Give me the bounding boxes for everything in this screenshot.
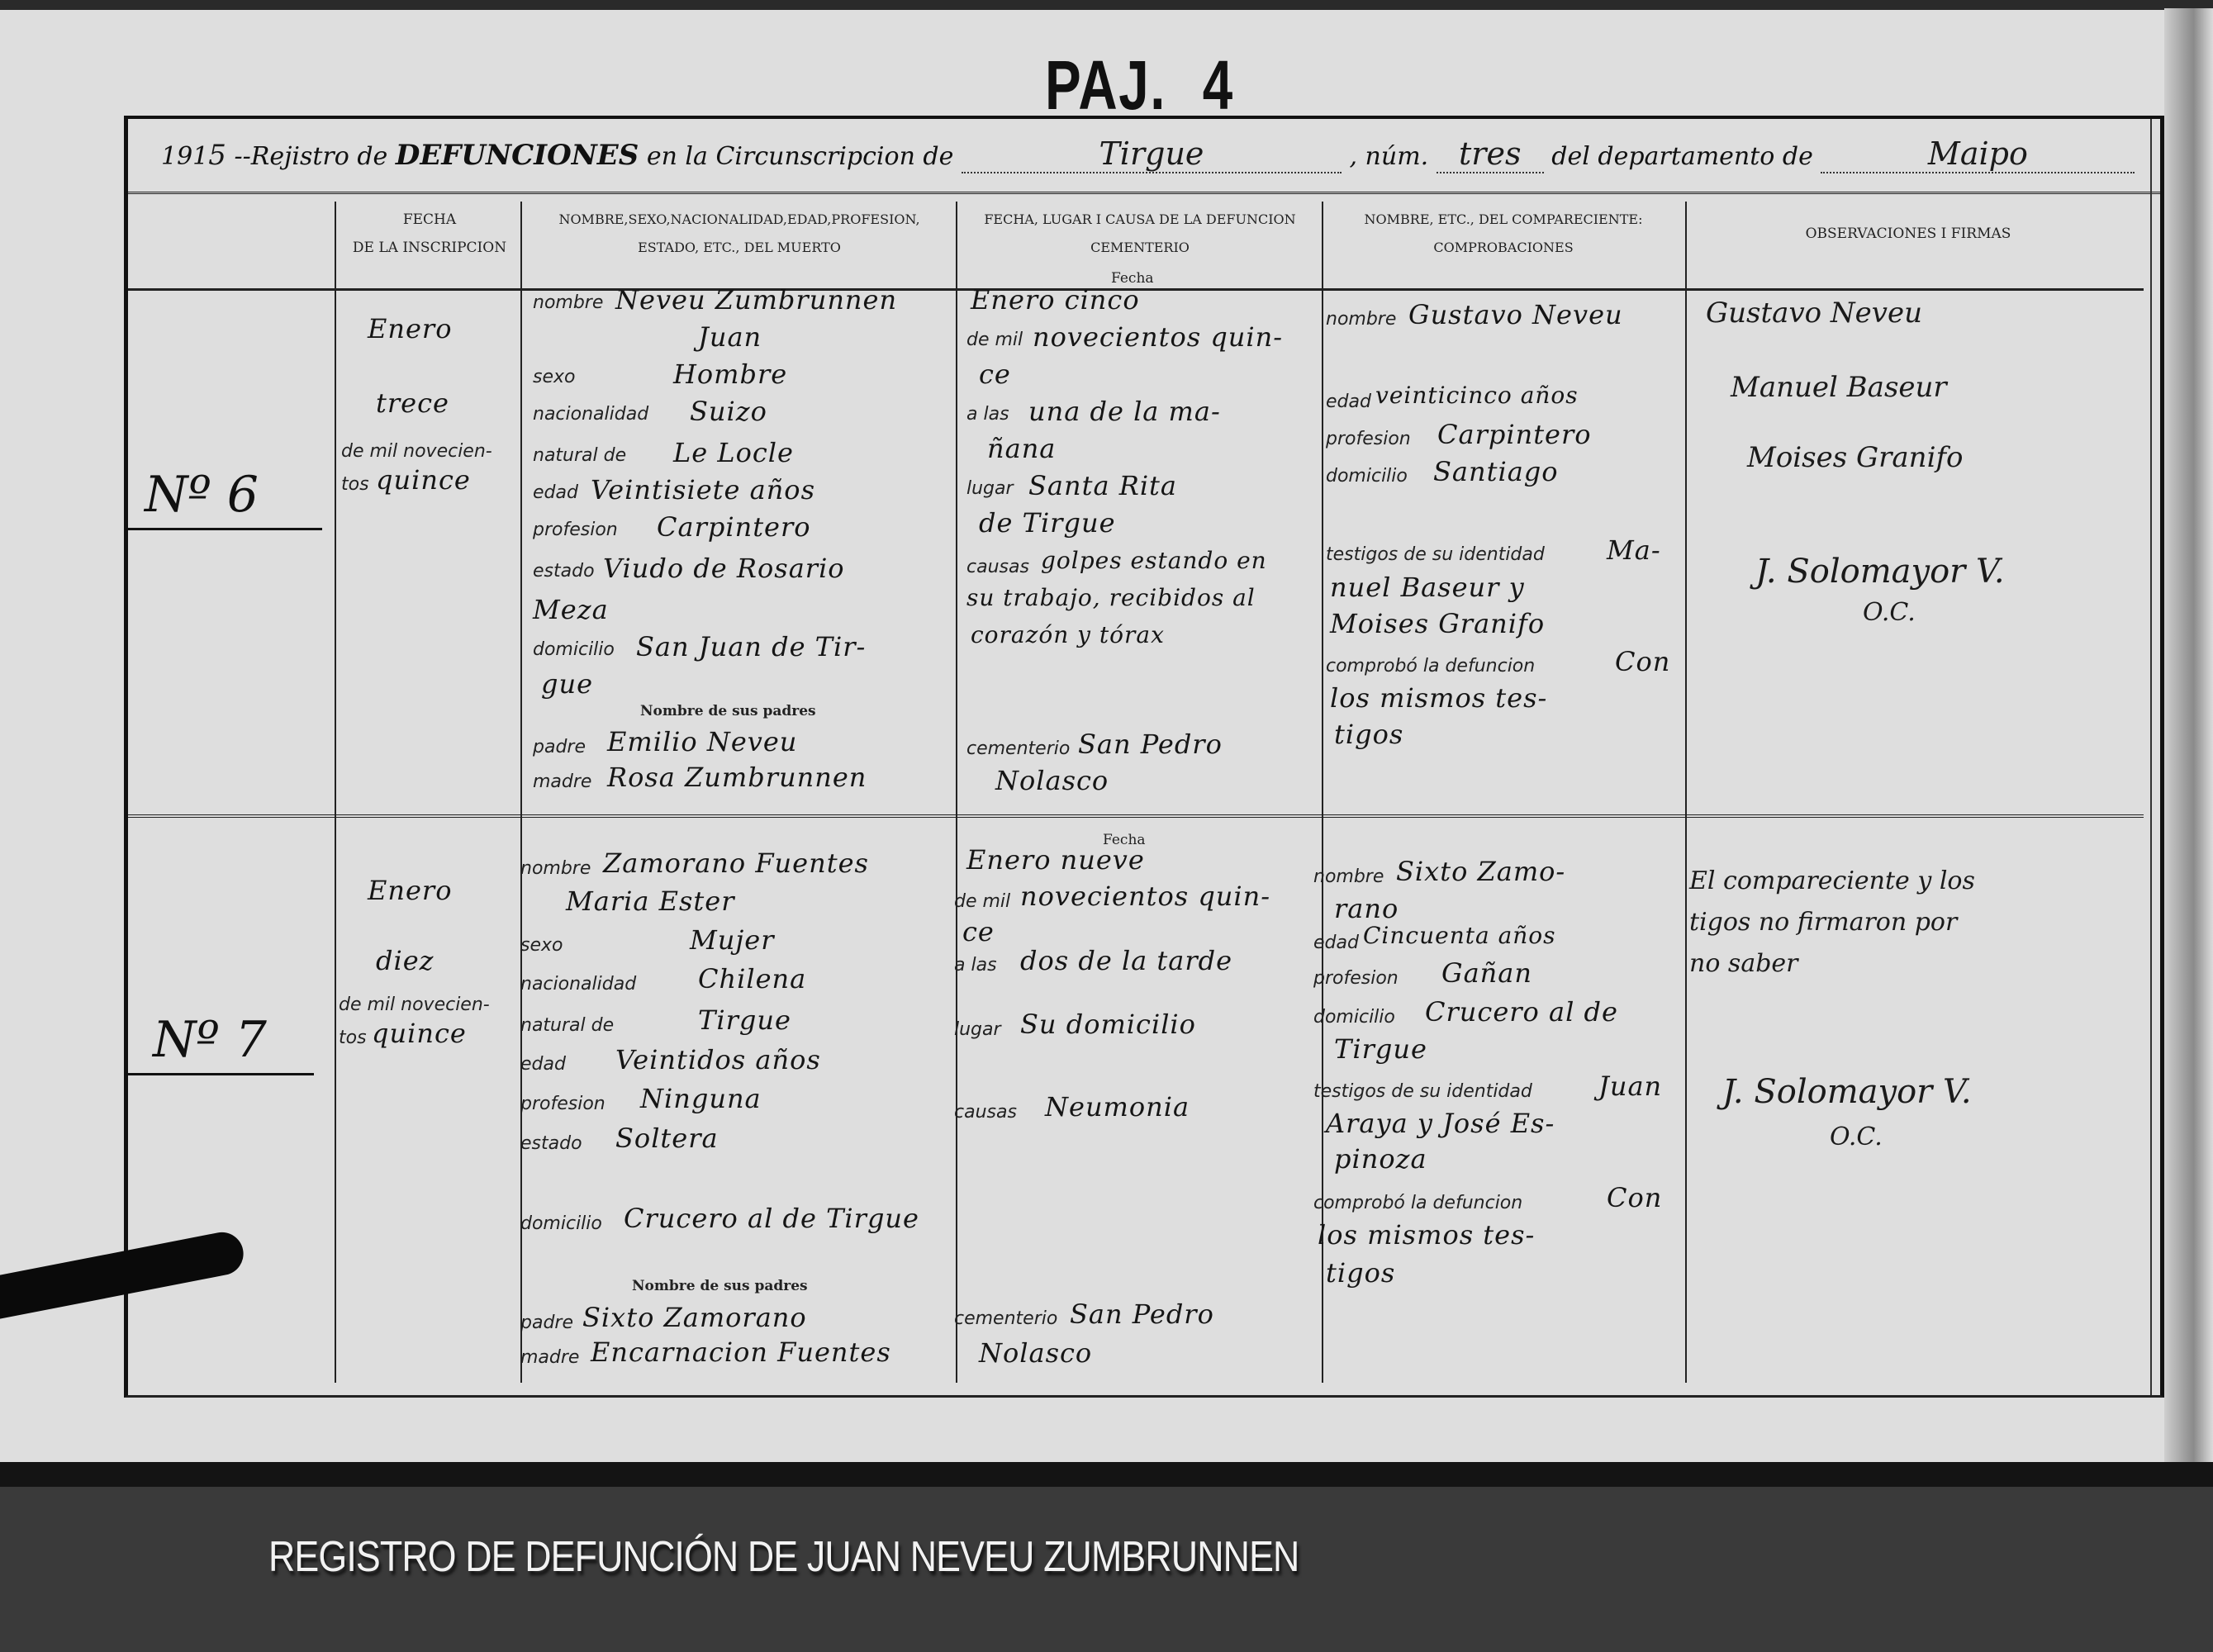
label-cementerio: cementerio (966, 738, 1070, 759)
muerto-estado-2: Meza (533, 594, 609, 625)
label-nacionalidad: nacionalidad (520, 974, 636, 995)
compareciente-domicilio: Santiago (1433, 456, 1559, 487)
compareciente-comprobo-2: los mismos tes- (1318, 1219, 1535, 1251)
muerto-sexo: Mujer (690, 924, 775, 956)
entry-number: Nº 7 (153, 1011, 267, 1069)
muerto-nacionalidad: Suizo (690, 396, 767, 427)
defuncion-hora-2: ñana (987, 433, 1056, 464)
page-number: 4 (1203, 46, 1234, 124)
muerto-natural-de: Tirgue (698, 1004, 791, 1036)
muerto-madre: Rosa Zumbrunnen (607, 762, 867, 793)
label-domicilio: domicilio (520, 1213, 602, 1234)
defuncion-causas: golpes estando en (1041, 547, 1267, 574)
label-profesion: profesion (520, 1094, 605, 1114)
label-tos: tos (341, 474, 369, 495)
num-label: , núm. (1349, 142, 1428, 171)
col-divider (335, 202, 336, 1383)
defuncion-hora: una de la ma- (1028, 396, 1221, 427)
colhead-line: Nombre, etc., del compareciente: (1326, 206, 1681, 234)
label-lugar: lugar (966, 478, 1014, 499)
defuncion-fecha: Enero nueve (966, 844, 1145, 876)
label-cementerio: cementerio (954, 1308, 1057, 1329)
label-nombre: nombre (520, 858, 591, 879)
colhead-line: Nombre,sexo,nacionalidad,edad,profesion, (525, 206, 954, 234)
muerto-padre: Sixto Zamorano (582, 1302, 807, 1333)
col-divider (1685, 202, 1687, 1383)
label-nombre: nombre (1313, 866, 1384, 887)
compareciente-comprobo-3: tigos (1334, 719, 1403, 750)
signature-oficial: J. Solomayor V. (1755, 553, 2005, 591)
compareciente-edad: Cincuenta años (1363, 922, 1556, 949)
observacion-nota-3: no saber (1689, 949, 1798, 978)
muerto-padre: Emilio Neveu (607, 726, 797, 757)
label-comprobo: comprobó la defuncion (1313, 1193, 1522, 1213)
compareciente-testigos-2: nuel Baseur y (1330, 572, 1525, 603)
defuncion-anio: novecientos quin- (1020, 881, 1270, 912)
defuncion-lugar: Su domicilio (1020, 1009, 1196, 1040)
muerto-nacionalidad: Chilena (698, 963, 806, 995)
circ-label: en la Circunscripcion de (647, 142, 954, 171)
label-de-mil: de mil (966, 330, 1023, 350)
defuncion-fecha: Enero cinco (971, 284, 1140, 316)
defuncion-causas-3: corazón y tórax (971, 621, 1165, 648)
muerto-nombre-2: Maria Ester (566, 885, 735, 917)
page-header: PAJ.4 (1045, 45, 1234, 126)
compareciente-nombre-2: rano (1334, 893, 1399, 924)
title-defunciones: DEFUNCIONES (396, 139, 639, 172)
muerto-nombre: Neveu Zumbrunnen (615, 284, 897, 316)
inscripcion-anio: quince (372, 1018, 467, 1049)
label-tos: tos (339, 1028, 367, 1048)
compareciente-nombre: Sixto Zamo- (1396, 856, 1565, 887)
compareciente-nombre: Gustavo Neveu (1408, 299, 1623, 330)
label-profesion: profesion (1313, 968, 1399, 989)
inscripcion-mes: Enero (368, 875, 452, 906)
label-edad: edad (1326, 392, 1371, 412)
signature-oficial-sub: O.C. (1830, 1123, 1883, 1151)
compareciente-comprobo: Con (1607, 1182, 1662, 1213)
defuncion-lugar: Santa Rita (1028, 470, 1177, 501)
label-sexo: sexo (533, 367, 575, 387)
signature-oficial: J. Solomayor V. (1722, 1073, 1972, 1111)
muerto-profesion: Ninguna (640, 1083, 762, 1114)
compareciente-testigos: Juan (1598, 1070, 1662, 1102)
entry-number-rule (128, 1073, 314, 1075)
compareciente-profesion: Carpintero (1437, 419, 1592, 450)
defuncion-anio-2: ce (962, 916, 995, 947)
label-domicilio: domicilio (1313, 1007, 1395, 1028)
signature-testigo-2: Moises Granifo (1747, 441, 1964, 474)
defuncion-cementerio: San Pedro (1078, 729, 1223, 760)
muerto-nombre: Zamorano Fuentes (603, 847, 869, 879)
entry-number-rule (128, 528, 322, 530)
numero-value: tres (1437, 135, 1544, 173)
observacion-nota: El compareciente y los (1689, 866, 1975, 895)
muerto-edad: Veintisiete años (591, 474, 815, 506)
compareciente-comprobo: Con (1615, 646, 1670, 677)
departamento-value: Maipo (1821, 135, 2135, 173)
compareciente-profesion: Gañan (1441, 957, 1532, 989)
muerto-nombre-2: Juan (698, 321, 762, 353)
compareciente-testigos-3: Moises Granifo (1330, 608, 1545, 639)
title-separator (128, 192, 2160, 197)
defuncion-cementerio-2: Nolasco (995, 765, 1109, 796)
inscripcion-anio: quince (376, 464, 471, 496)
muerto-estado: Soltera (615, 1123, 719, 1154)
muerto-madre: Encarnacion Fuentes (591, 1336, 891, 1368)
compareciente-comprobo-2: los mismos tes- (1330, 682, 1547, 714)
label-nombre: nombre (533, 292, 603, 313)
label-edad: edad (1313, 933, 1359, 953)
inscripcion-mes: Enero (368, 313, 452, 344)
signature-compareciente: Gustavo Neveu (1706, 297, 1922, 330)
colhead-line: comprobaciones (1326, 234, 1681, 262)
form-title: 1915 --Rejistro de DEFUNCIONES en la Cir… (161, 135, 2127, 185)
entry-number: Nº 6 (145, 466, 259, 524)
colhead-line: Observaciones i firmas (1689, 206, 2127, 262)
death-register-form: 1915 --Rejistro de DEFUNCIONES en la Cir… (124, 116, 2164, 1398)
label-edad: edad (533, 482, 578, 503)
label-natural-de: natural de (520, 1015, 614, 1036)
col-divider (956, 202, 957, 1383)
label-nombre: nombre (1326, 309, 1396, 330)
year-handwritten: 5 (208, 139, 226, 172)
compareciente-edad: veinticinco años (1375, 382, 1579, 409)
defuncion-anio: novecientos quin- (1033, 321, 1283, 353)
label-estado: estado (533, 561, 595, 582)
label-de-mil: de mil novecien- (341, 441, 492, 462)
label-madre: madre (533, 771, 591, 792)
colhead-compareciente: Nombre, etc., del compareciente: comprob… (1326, 206, 1681, 288)
inscripcion-dia: trece (376, 387, 449, 419)
label-nacionalidad: nacionalidad (533, 404, 648, 425)
colhead-line: Cementerio (958, 234, 1322, 262)
label-causas: causas (966, 557, 1029, 577)
page-header-label: PAJ. (1045, 46, 1166, 124)
muerto-natural-de: Le Locle (673, 437, 794, 468)
defuncion-hora: dos de la tarde (1020, 945, 1232, 976)
title-prefix: --Rejistro de (234, 142, 387, 171)
muerto-domicilio: San Juan de Tir- (636, 631, 866, 662)
compareciente-testigos-3: pinoza (1334, 1143, 1427, 1175)
compareciente-domicilio-2: Tirgue (1334, 1033, 1427, 1065)
colhead-line: Fecha, lugar i causa de la defuncion (958, 206, 1322, 234)
defuncion-cementerio-2: Nolasco (979, 1337, 1092, 1369)
inscripcion-dia: diez (376, 945, 435, 976)
compareciente-testigos: Ma- (1607, 534, 1661, 566)
compareciente-comprobo-3: tigos (1326, 1257, 1395, 1289)
colhead-line: de la inscripcion (339, 234, 520, 262)
defuncion-causas-2: su trabajo, recibidos al (966, 584, 1256, 611)
label-de-mil: de mil novecien- (339, 995, 490, 1015)
page-binding-edge (2164, 8, 2213, 1487)
colhead-muerto: Nombre,sexo,nacionalidad,edad,profesion,… (525, 206, 954, 288)
year-printed: 191 (161, 142, 208, 171)
colhead-line: Fecha (339, 206, 520, 234)
label-padre: padre (533, 737, 586, 757)
circunscripcion-value: Tirgue (962, 135, 1342, 173)
defuncion-cementerio: San Pedro (1070, 1298, 1214, 1330)
label-nombre-padres: Nombre de sus padres (632, 1278, 808, 1294)
muerto-estado: Viudo de Rosario (603, 553, 845, 584)
signature-oficial-sub: O.C. (1863, 598, 1916, 627)
defuncion-anio-2: ce (979, 358, 1011, 390)
label-domicilio: domicilio (1326, 466, 1408, 487)
label-estado: estado (520, 1133, 582, 1154)
label-testigos: testigos de su identidad (1313, 1081, 1532, 1102)
label-edad: edad (520, 1054, 566, 1075)
signature-testigo-1: Manuel Baseur (1731, 371, 1947, 404)
defuncion-lugar-2: de Tirgue (979, 507, 1116, 539)
label-madre: madre (520, 1347, 579, 1368)
entry-separator (128, 814, 2144, 818)
label-profesion: profesion (1326, 429, 1411, 449)
label-lugar: lugar (954, 1019, 1001, 1040)
label-comprobo: comprobó la defuncion (1326, 656, 1535, 676)
label-natural-de: natural de (533, 445, 626, 466)
label-de-mil: de mil (954, 891, 1010, 912)
label-sexo: sexo (520, 935, 563, 956)
muerto-profesion: Carpintero (657, 511, 811, 543)
image-caption: REGISTRO DE DEFUNCIÓN DE JUAN NEVEU ZUMB… (268, 1532, 1299, 1582)
defuncion-causas: Neumonia (1045, 1091, 1190, 1123)
label-a-las: a las (966, 404, 1009, 425)
label-a-las: a las (954, 955, 997, 976)
label-causas: causas (954, 1102, 1017, 1123)
observacion-nota-2: tigos no firmaron por (1689, 908, 1957, 937)
label-nombre-padres: Nombre de sus padres (640, 703, 816, 719)
label-testigos: testigos de su identidad (1326, 544, 1545, 565)
muerto-sexo: Hombre (673, 358, 787, 390)
compareciente-testigos-2: Araya y José Es- (1326, 1108, 1555, 1139)
colhead-observaciones: Observaciones i firmas (1689, 206, 2127, 288)
colhead-fecha-inscripcion: Fecha de la inscripcion (339, 206, 520, 288)
label-profesion: profesion (533, 520, 618, 540)
muerto-domicilio: Crucero al de Tirgue (624, 1203, 919, 1234)
colhead-line: estado, etc., del muerto (525, 234, 954, 262)
label-padre: padre (520, 1313, 573, 1333)
muerto-domicilio-2: gue (541, 668, 593, 700)
muerto-edad: Veintidos años (615, 1044, 821, 1075)
col-divider (520, 202, 522, 1383)
label-domicilio: domicilio (533, 639, 615, 660)
compareciente-domicilio: Crucero al de (1425, 996, 1618, 1028)
depto-label: del departamento de (1551, 142, 1813, 171)
